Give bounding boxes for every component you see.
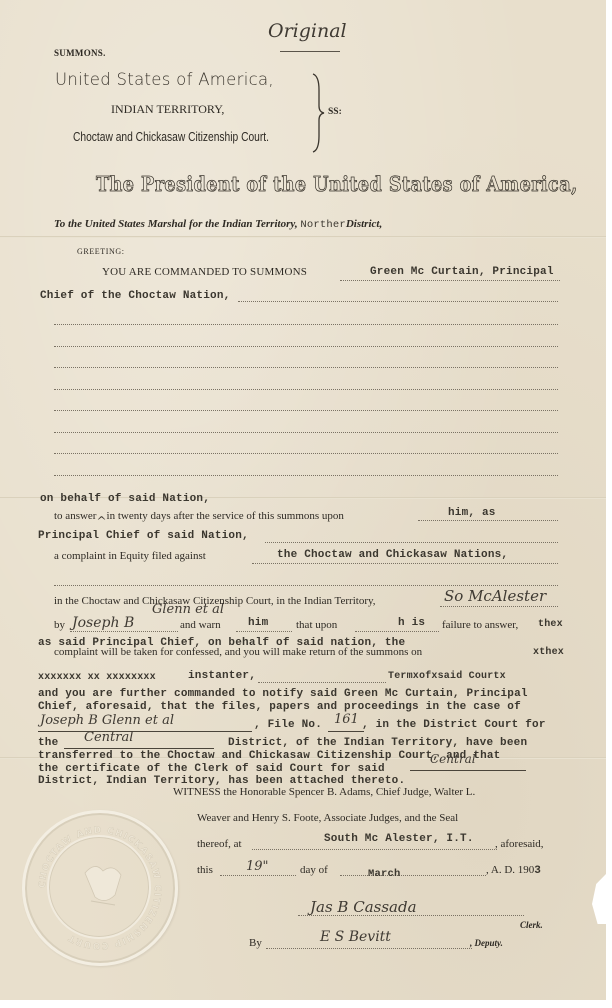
upon-text: that upon (296, 619, 337, 631)
insert-mark: ^ (96, 514, 106, 528)
plaintiff-insert-handwritten: Glenn et al (152, 602, 224, 617)
by-deputy-label: By (249, 937, 262, 949)
fill-line (238, 301, 558, 302)
fill-line (252, 563, 558, 564)
district-handwritten: Central (84, 730, 133, 745)
blank-fill-line (54, 367, 558, 368)
this-label: this (197, 864, 213, 876)
summoned-name-line1: Green Mc Curtain, Principal (370, 266, 554, 278)
district-typed: Norther (300, 219, 346, 231)
torn-edge (592, 874, 606, 924)
principal-chief-line: Principal Chief of said Nation, (38, 530, 249, 542)
struck-text: xxxxxxx xx xxxxxxxx (38, 672, 156, 683)
by-label: by (54, 619, 65, 631)
thereof-label: thereof, at (197, 838, 242, 850)
blank-fill-line (54, 324, 558, 325)
command-prefix: YOU ARE COMMANDED TO SUMMONS (102, 266, 307, 278)
greeting: GREETING: (77, 247, 125, 256)
country-heading: United States of America, (55, 70, 274, 89)
confessed-line: complaint will be taken for confessed, a… (54, 646, 422, 658)
brace-icon (310, 72, 326, 154)
marshal-address: To the United States Marshal for the Ind… (54, 218, 382, 231)
fill-line (440, 606, 558, 607)
signature-line (266, 948, 472, 949)
blank-fill-line (54, 389, 558, 390)
complaint-prefix: a complaint in Equity filed against (54, 550, 206, 562)
witness-line1: WITNESS the Honorable Spencer B. Adams, … (173, 786, 475, 798)
district-line: District, of the Indian Territory, have … (228, 737, 527, 749)
blank-fill-line (54, 475, 558, 476)
court-heading: Choctaw and Chickasaw Citizenship Court. (73, 130, 269, 144)
original-annotation: Original (268, 20, 347, 42)
blank-fill-line (54, 453, 558, 454)
certificate-line: the certificate of the Clerk of said Cou… (38, 763, 385, 775)
answer-typed: him, as (448, 507, 496, 519)
warn-text: and warn (180, 619, 221, 631)
fill-line (418, 520, 558, 521)
answer-prefix: to answer (54, 510, 96, 522)
president-heading: The President of the United States of Am… (96, 172, 578, 196)
blank-fill-line (54, 346, 558, 347)
blank-fill-line (54, 432, 558, 433)
case-underline (38, 731, 252, 732)
fill-line (70, 631, 178, 632)
address-prefix: To the United States Marshal for the Ind… (54, 218, 298, 230)
territory-heading: INDIAN TERRITORY, (111, 102, 224, 117)
district-suffix: District, (346, 218, 382, 230)
place-typed: South Mc Alester, I.T. (324, 833, 474, 845)
signature-line (298, 915, 524, 916)
plaintiff-handwritten: Joseph B (72, 615, 134, 631)
fill-line (340, 875, 486, 876)
struck-text: xthex (533, 647, 564, 658)
embossed-court-seal: CHOCTAW AND CHICKASAW CITIZENSHIP COURT (22, 810, 178, 966)
deputy-signature: E S Bevitt (320, 929, 391, 945)
form-title: SUMMONS. (54, 48, 106, 58)
answer-mid: in twenty days after the service of this… (107, 510, 344, 522)
year-typed: 3 (534, 865, 541, 877)
the-label: the (38, 737, 58, 749)
ss-label: SS: (328, 107, 342, 117)
fill-line (220, 875, 296, 876)
further-commanded-line1: and you are further commanded to notify … (38, 688, 528, 701)
warn-typed: him (248, 617, 268, 629)
case-name-handwritten: Joseph B Glenn et al (40, 713, 174, 728)
summoned-name-line2: Chief of the Choctaw Nation, (40, 290, 230, 302)
fill-line (236, 631, 292, 632)
certificate-underline (410, 770, 526, 771)
aforesaid-label: , aforesaid, (495, 838, 544, 850)
file-number-handwritten: 161 (334, 712, 359, 727)
complaint-defendant: the Choctaw and Chickasaw Nations, (277, 549, 508, 561)
day-handwritten: 19" (246, 859, 269, 874)
certificate-district-handwritten: Central (430, 752, 476, 766)
failure-text: failure to answer, (442, 619, 518, 631)
original-underline (280, 51, 340, 52)
fill-line (258, 682, 386, 683)
fill-line (54, 585, 558, 586)
file-no-underline (328, 731, 364, 732)
file-no-suffix: , in the District Court for (362, 719, 546, 731)
summons-document: SUMMONS. Original United States of Ameri… (0, 0, 606, 1000)
file-no-label: , File No. (254, 719, 322, 731)
witness-line2: Weaver and Henry S. Foote, Associate Jud… (197, 812, 458, 824)
deputy-label: , Deputy. (470, 938, 503, 948)
struck-text: Termxofxsaid Courtx (388, 671, 506, 682)
blank-fill-line (54, 410, 558, 411)
district-underline (64, 748, 214, 749)
clerk-signature: Jas B Cassada (310, 898, 417, 916)
fill-line (340, 280, 560, 281)
fold-line (0, 236, 606, 238)
fill-line (355, 631, 439, 632)
fill-line (252, 849, 497, 850)
upon-typed: h is (398, 617, 425, 629)
day-of-label: day of (300, 864, 328, 876)
answer-line: to answer^in twenty days after the servi… (54, 508, 344, 522)
eagle-icon: CHOCTAW AND CHICKASAW CITIZENSHIP COURT (25, 813, 175, 963)
struck-text: thex (538, 619, 563, 630)
clerk-label: Clerk. (520, 920, 543, 930)
month-typed: March (368, 868, 401, 880)
behalf-line: on behalf of said Nation, (40, 493, 210, 505)
instanter-typed: instanter, (188, 670, 256, 682)
year-prefix: , A. D. 190 (486, 864, 534, 876)
fill-line (265, 542, 558, 543)
year-line: , A. D. 1903 (486, 864, 541, 877)
court-location-handwritten: So McAlester (444, 587, 546, 605)
